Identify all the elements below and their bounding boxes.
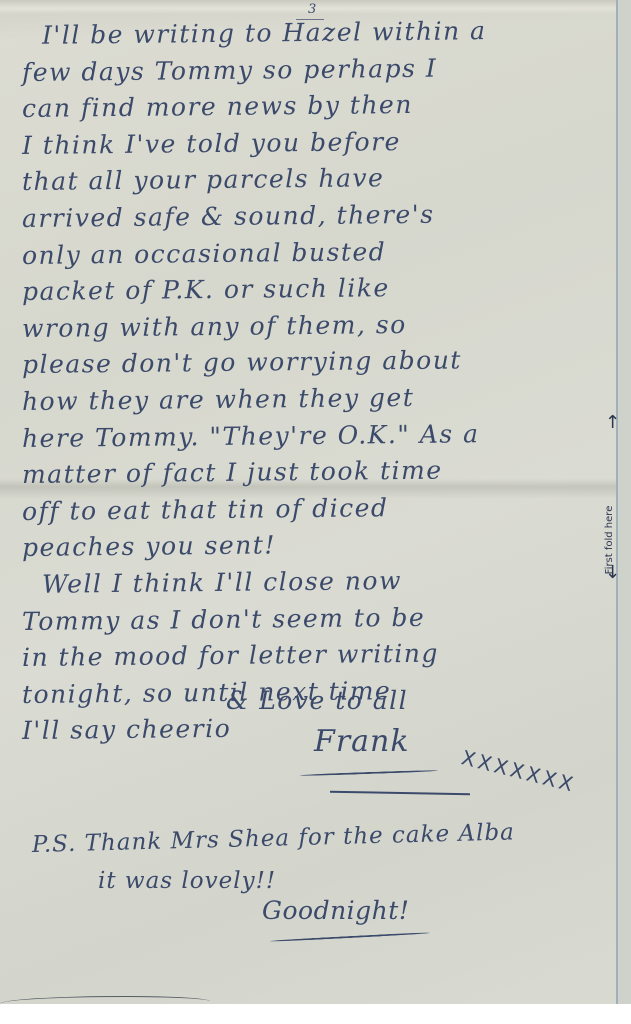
signature-underline [330,791,470,795]
letter-line: that all your parcels have [22,158,612,201]
goodnight-underline [270,932,430,942]
letter-line: only an occasional busted [22,231,612,274]
arrow-up-icon: ↑ [605,412,615,433]
postscript-line-2: it was lovely!! [98,868,276,894]
letter-line: arrived safe & sound, there's [22,195,612,238]
letter-line: here Tommy. "They're O.K." As a [22,414,612,457]
letter-line: I'll be writing to Hazel within a [22,12,612,55]
letter-line: please don't go worrying about [22,341,612,384]
closing-line: & Love to all [226,686,408,715]
letter-line: peaches you sent! [22,524,612,567]
letter-line: matter of fact I just took time [22,451,612,494]
letter-sheet: 3 I'll be writing to Hazel within a few … [0,0,631,1010]
letter-line: how they are when they get [22,378,612,421]
letter-line: packet of P.K. or such like [22,268,612,311]
letter-body: I'll be writing to Hazel within a few da… [22,18,612,750]
signature-underline [300,770,438,777]
paper-right-margin-strip [616,0,631,1010]
letter-line: Well I think I'll close now [22,561,612,604]
letter-line: Tommy as I don't seem to be [22,597,612,640]
scan-background [0,1004,631,1024]
letter-line: in the mood for letter writing [22,634,612,677]
signature: Frank [314,724,410,759]
arrow-down-icon: ↓ [605,562,615,583]
goodnight-sign-off: Goodnight! [262,896,409,925]
letter-line: can find more news by then [22,85,612,128]
postscript-line-1: P.S. Thank Mrs Shea for the cake Alba [32,819,515,858]
kisses: XXXXXXX [459,745,578,797]
